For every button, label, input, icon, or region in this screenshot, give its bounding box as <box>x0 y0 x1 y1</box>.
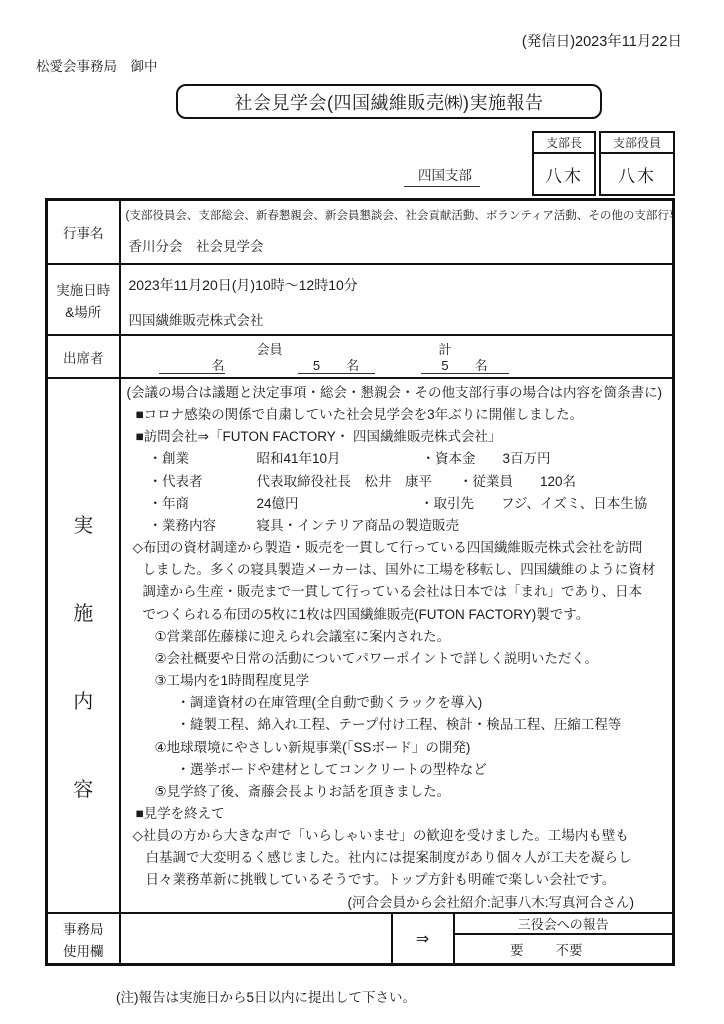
details-label-vertical: 実 施 内 容 <box>48 379 121 912</box>
details-line: ③工場内を1時間程度見学 <box>121 670 673 692</box>
details-line: 調達から生産・販売まで一貫して行っている会社は日本では「まれ」であり、日本 <box>121 581 673 603</box>
details-line: ①営業部佐藤様に迎えられ会議室に案内された。 <box>121 626 673 648</box>
report-table: 行事名 (支部役員会、支部総会、新春懇親会、新会員懇談会、社会貢献活動、ボランテ… <box>45 198 675 966</box>
row-datetime-place: 実施日時 &場所 2023年11月20日(月)10時〜12時10分 四国繊維販売… <box>48 263 672 334</box>
details-line: ・創業 昭和41年10月 ・資本金 3百万円 <box>121 448 673 470</box>
right-arrow-icon: ⇒ <box>416 929 429 949</box>
approval-stamp-table: 支部長 八木 支部役員 八木 <box>532 131 675 196</box>
attendees-total-count-field: 5 名 <box>421 355 509 374</box>
attendees-members-header: 会員 <box>257 339 283 358</box>
officers-report-cell: 三役会への報告 要 不要 <box>455 914 673 963</box>
office-use-blank-cell <box>121 914 393 963</box>
details-line: 白基調で大変明るく感じました。社内には提案制度があり個々人が工夫を凝らし <box>121 847 673 869</box>
footer-note: (注)報告は実施日から5日以内に提出して下さい。 <box>116 986 416 1006</box>
attendees-cell: 会員 計 名 5 名 5 名 <box>121 336 673 377</box>
details-line: ⑤見学終了後、斎藤会長よりお話を頂きました。 <box>121 781 673 803</box>
approval-header: 支部長 <box>534 133 594 154</box>
approval-header: 支部役員 <box>601 133 673 154</box>
datetime-label-line1: 実施日時 <box>56 279 110 299</box>
event-type-hint: (支部役員会、支部総会、新春懇親会、新会員懇談会、社会貢献活動、ボランティア活動… <box>126 207 673 223</box>
details-line: (会議の場合は議題と決定事項・総会・懇親会・その他支部行事の場合は内容を箇条書に… <box>121 382 673 404</box>
approval-signature: 八木 <box>601 154 673 194</box>
option-not-required: 不要 <box>556 939 583 959</box>
approval-signature: 八木 <box>534 154 594 194</box>
datetime-place-label: 実施日時 &場所 <box>48 265 121 334</box>
addressee: 松愛会事務局 御中 <box>36 55 158 75</box>
datetime-place-cell: 2023年11月20日(月)10時〜12時10分 四国繊維販売株式会社 <box>121 265 673 334</box>
details-line: ■コロナ感染の関係で自粛していた社会見学会を3年ぶりに開催しました。 <box>121 404 673 426</box>
details-line: ■訪問会社⇒「FUTON FACTORY・ 四国繊維販売株式会社」 <box>121 426 673 448</box>
attendees-members-count-field: 5 名 <box>298 355 375 374</box>
datetime-label-line2: &場所 <box>65 301 101 321</box>
event-name-value: 香川分会 社会見学会 <box>129 235 264 255</box>
approval-col-branch-chief: 支部長 八木 <box>532 131 596 196</box>
approval-col-branch-officer: 支部役員 八木 <box>599 131 675 196</box>
branch-name: 四国支部 <box>404 164 480 187</box>
details-line: ・調達資材の在庫管理(全自動で動くラックを導入) <box>121 692 673 714</box>
details-line: しました。多くの寝具製造メーカーは、国外に工場を移転し、四国繊維のように資材 <box>121 559 673 581</box>
event-name-cell: (支部役員会、支部総会、新春懇親会、新会員懇談会、社会貢献活動、ボランティア活動… <box>121 201 673 263</box>
report-document: (発信日)2023年11月22日 松愛会事務局 御中 社会見学会(四国繊維販売㈱… <box>0 0 724 1024</box>
officers-report-header: 三役会への報告 <box>455 914 673 935</box>
details-cell: (会議の場合は議題と決定事項・総会・懇親会・その他支部行事の場合は内容を箇条書に… <box>121 379 673 912</box>
row-attendees: 出席者 会員 計 名 5 名 5 名 <box>48 334 672 377</box>
details-line: ◇布団の資材調達から製造・販売を一貫して行っている四国繊維販売株式会社を訪問 <box>121 537 673 559</box>
details-line: 日々業務革新に挑戦しているそうです。トップ方針も明確で楽しい会社です。 <box>121 869 673 891</box>
document-title: 社会見学会(四国繊維販売㈱)実施報告 <box>235 89 544 115</box>
details-label-char: 容 <box>73 773 93 802</box>
details-line: ・代表者 代表取締役社長 松井 康平 ・従業員 120名 <box>121 471 673 493</box>
details-label-char: 内 <box>73 685 93 714</box>
row-event-name: 行事名 (支部役員会、支部総会、新春懇親会、新会員懇談会、社会貢献活動、ボランテ… <box>48 201 672 263</box>
details-line: ・年商 24億円 ・取引先 フジ、イズミ、日本生協 <box>121 493 673 515</box>
details-line: ④地球環境にやさしい新規事業(「SSボード」の開発) <box>121 737 673 759</box>
document-title-box: 社会見学会(四国繊維販売㈱)実施報告 <box>176 84 602 119</box>
event-name-label: 行事名 <box>48 201 121 263</box>
send-date: (発信日)2023年11月22日 <box>522 30 682 51</box>
details-line: ②会社概要や日常の活動についてパワーポイントで詳しく説明いただく。 <box>121 648 673 670</box>
row-office-use: 事務局 使用欄 ⇒ 三役会への報告 要 不要 <box>48 912 672 963</box>
event-datetime: 2023年11月20日(月)10時〜12時10分 <box>129 275 358 295</box>
office-label-line2: 使用欄 <box>63 940 104 960</box>
arrow-cell: ⇒ <box>393 914 455 963</box>
office-use-label: 事務局 使用欄 <box>48 914 121 963</box>
option-required: 要 <box>510 939 524 959</box>
row-details: 実 施 内 容 (会議の場合は議題と決定事項・総会・懇親会・その他支部行事の場合… <box>48 377 672 912</box>
details-label-char: 施 <box>73 597 93 626</box>
details-label-char: 実 <box>73 509 93 538</box>
details-line: ■見学を終えて <box>121 803 673 825</box>
details-line: ・選挙ボードや建材としてコンクリートの型枠など <box>121 759 673 781</box>
details-line: (河合会員から会社紹介:記事八木:写真河合さん) <box>121 892 673 912</box>
details-line: ・業務内容 寝具・インテリア商品の製造販売 <box>121 515 673 537</box>
attendees-blank-field: 名 <box>159 355 225 374</box>
details-line: ・縫製工程、綿入れ工程、テープ付け工程、検計・検品工程、圧縮工程等 <box>121 714 673 736</box>
officers-report-options: 要 不要 <box>455 935 673 963</box>
details-line: ◇社員の方から大きな声で「いらしゃいませ」の歓迎を受けました。工場内も壁も <box>121 825 673 847</box>
attendees-label: 出席者 <box>48 336 121 377</box>
office-label-line1: 事務局 <box>63 918 104 938</box>
event-place: 四国繊維販売株式会社 <box>129 309 264 329</box>
details-line: でつくられる布団の5枚に1枚は四国繊維販売(FUTON FACTORY)製です。 <box>121 604 673 626</box>
